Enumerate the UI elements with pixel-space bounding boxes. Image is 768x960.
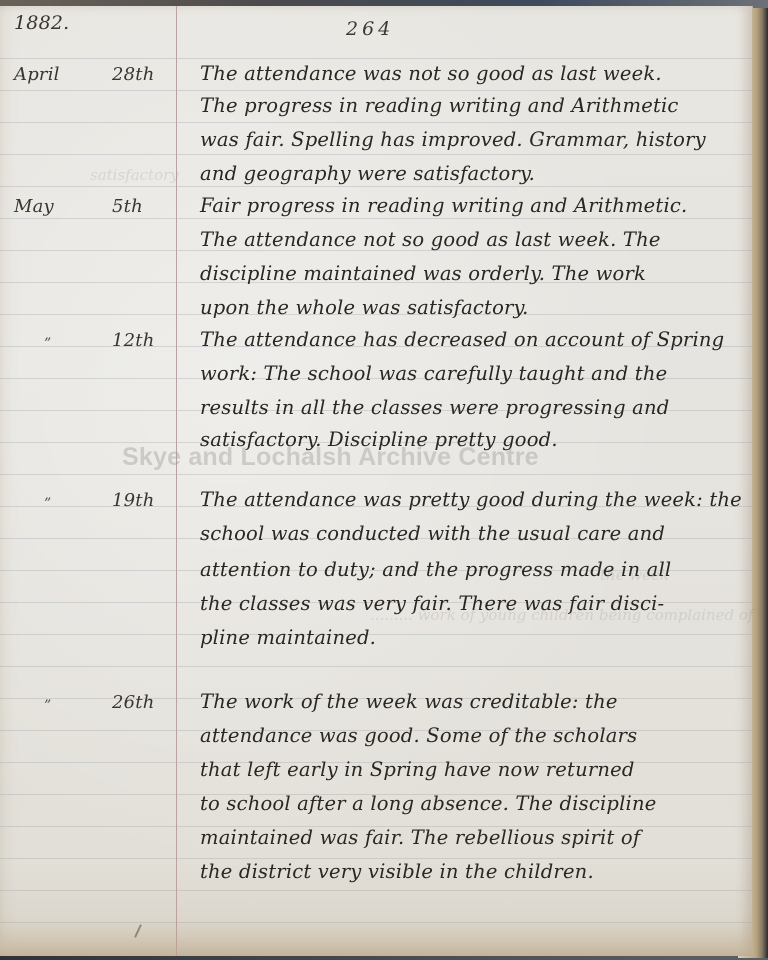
entry-text-line: The work of the week was creditable: the	[200, 690, 618, 713]
page-stain	[0, 916, 752, 956]
log-book-page: satisfactory ......... work of young chi…	[0, 6, 753, 956]
entry-text-line: discipline maintained was orderly. The w…	[200, 262, 646, 285]
page-number: 264	[346, 18, 394, 40]
ditto-mark: ”	[44, 698, 51, 714]
archive-watermark: Skye and Lochalsh Archive Centre	[122, 443, 539, 472]
entry-day: 5th	[112, 196, 143, 217]
ruled-line	[0, 58, 752, 59]
entry-text-line: upon the whole was satisfactory.	[200, 296, 529, 319]
entry-text-line: work: The school was carefully taught an…	[200, 362, 667, 385]
entry-day: 28th	[112, 64, 155, 85]
entry-text-line: that left early in Spring have now retur…	[200, 758, 635, 781]
entry-text-line: maintained was fair. The rebellious spir…	[200, 826, 640, 849]
entry-day: 26th	[112, 692, 155, 713]
entry-text-line: pline maintained.	[200, 626, 376, 649]
entry-text-line: The attendance was not so good as last w…	[200, 62, 662, 85]
ruled-line	[0, 666, 752, 667]
bleed-through-text: satisfactory	[90, 166, 179, 184]
entry-day: 19th	[112, 490, 155, 511]
entry-month: April	[14, 64, 60, 85]
entry-text-line: was fair. Spelling has improved. Grammar…	[200, 128, 706, 151]
entry-text-line: attendance was good. Some of the scholar…	[200, 724, 637, 747]
entry-text-line: Fair progress in reading writing and Ari…	[200, 194, 687, 217]
entry-text-line: to school after a long absence. The disc…	[200, 792, 656, 815]
document-photo: satisfactory ......... work of young chi…	[0, 0, 768, 960]
entry-text-line: and geography were satisfactory.	[200, 162, 535, 185]
entry-text-line: results in all the classes were progress…	[200, 396, 669, 419]
ditto-mark: ”	[44, 336, 51, 352]
ruled-line	[0, 154, 752, 155]
margin-rule	[176, 6, 177, 956]
ruled-line	[0, 186, 752, 187]
entry-text-line: The attendance not so good as last week.…	[200, 228, 661, 251]
year-heading: 1882.	[14, 12, 69, 34]
ruled-line	[0, 474, 752, 475]
ruled-line	[0, 90, 752, 91]
entry-text-line: The attendance was pretty good during th…	[200, 488, 742, 511]
ruled-line	[0, 218, 752, 219]
entry-text-line: the classes was very fair. There was fai…	[200, 592, 664, 615]
entry-month: May	[14, 196, 54, 217]
entry-text-line: The attendance has decreased on account …	[200, 328, 724, 351]
ruled-line	[0, 122, 752, 123]
entry-text-line: the district very visible in the childre…	[200, 860, 594, 883]
entry-day: 12th	[112, 330, 155, 351]
entry-text-line: The progress in reading writing and Arit…	[200, 94, 679, 117]
ditto-mark: ”	[44, 496, 51, 512]
entry-text-line: school was conducted with the usual care…	[200, 522, 665, 545]
entry-text-line: attention to duty; and the progress made…	[200, 558, 671, 581]
ruled-line	[0, 858, 752, 859]
ruled-line	[0, 890, 752, 891]
